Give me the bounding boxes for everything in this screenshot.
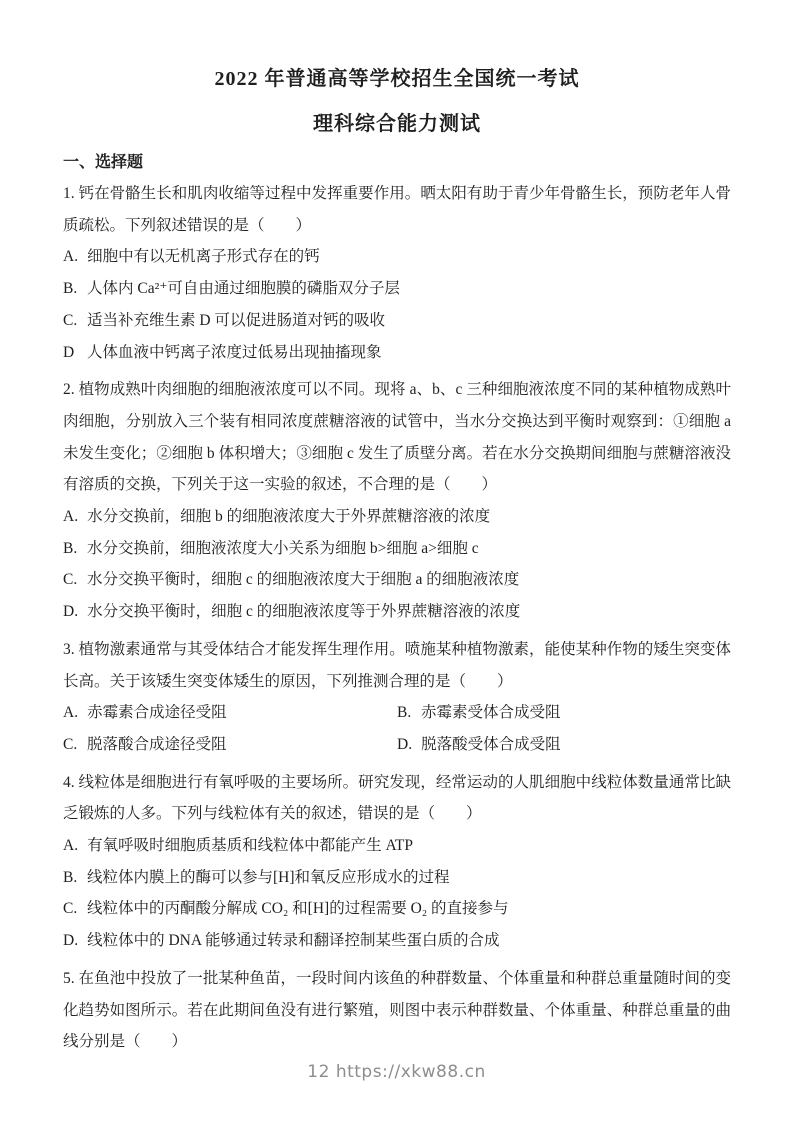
question-3-option-d: D.脱落酸受体合成受阻 — [397, 729, 731, 761]
option-text: 线粒体中的 DNA 能够通过转录和翻译控制某些蛋白质的合成 — [87, 932, 499, 949]
question-4: 4. 线粒体是细胞进行有氧呼吸的主要场所。研究发现，经常运动的人肌细胞中线粒体数… — [63, 767, 731, 957]
question-1-option-d: D人体血液中钙离子浓度过低易出现抽搐现象 — [63, 337, 731, 369]
option-label: A. — [63, 830, 78, 862]
option-text: 赤霉素合成途径受阻 — [87, 704, 227, 721]
question-2: 2. 植物成熟叶肉细胞的细胞液浓度可以不同。现将 a、b、c 三种细胞液浓度不同… — [63, 374, 731, 628]
option-text: 水分交换前，细胞液浓度大小关系为细胞 b>细胞 a>细胞 c — [87, 540, 479, 557]
question-3: 3. 植物激素通常与其受体结合才能发挥生理作用。喷施某种植物激素，能使某种作物的… — [63, 634, 731, 761]
option-text: 有氧呼吸时细胞质基质和线粒体中都能产生 ATP — [87, 837, 413, 854]
option-label: B. — [397, 697, 412, 729]
option-label: B. — [63, 533, 78, 565]
question-4-option-c: C.线粒体中的丙酮酸分解成 CO₂ 和[H]的过程需要 O₂ 的直接参与 — [63, 893, 731, 925]
question-2-option-a: A.水分交换前，细胞 b 的细胞液浓度大于外界蔗糖溶液的浓度 — [63, 501, 731, 533]
question-1-option-a: A.细胞中有以无机离子形式存在的钙 — [63, 241, 731, 273]
option-text: 人体血液中钙离子浓度过低易出现抽搐现象 — [87, 344, 382, 361]
question-4-option-b: B.线粒体内膜上的酶可以参与[H]和氧反应形成水的过程 — [63, 862, 731, 894]
question-3-options: A.赤霉素合成途径受阻 B.赤霉素受体合成受阻 C.脱落酸合成途径受阻 D.脱落… — [63, 697, 731, 760]
question-1-option-b: B.人体内 Ca²⁺可自由通过细胞膜的磷脂双分子层 — [63, 273, 731, 305]
option-label: C. — [63, 893, 78, 925]
option-text: 脱落酸合成途径受阻 — [87, 736, 227, 753]
option-text: 脱落酸受体合成受阻 — [421, 736, 561, 753]
question-3-option-c: C.脱落酸合成途径受阻 — [63, 729, 397, 761]
exam-document: 2022 年普通高等学校招生全国统一考试 理科综合能力测试 一、选择题 1. 钙… — [0, 0, 793, 1122]
page-content: 2022 年普通高等学校招生全国统一考试 理科综合能力测试 一、选择题 1. 钙… — [0, 0, 793, 1058]
question-4-option-d: D.线粒体中的 DNA 能够通过转录和翻译控制某些蛋白质的合成 — [63, 925, 731, 957]
question-1-option-c: C.适当补充维生素 D 可以促进肠道对钙的吸收 — [63, 305, 731, 337]
option-label: D. — [397, 729, 412, 761]
question-2-stem: 2. 植物成熟叶肉细胞的细胞液浓度可以不同。现将 a、b、c 三种细胞液浓度不同… — [63, 374, 731, 501]
option-label: B. — [63, 273, 78, 305]
question-5-stem: 5. 在鱼池中投放了一批某种鱼苗，一段时间内该鱼的种群数量、个体重量和种群总重量… — [63, 963, 731, 1058]
question-3-option-b: B.赤霉素受体合成受阻 — [397, 697, 731, 729]
option-label: B. — [63, 862, 78, 894]
question-3-stem: 3. 植物激素通常与其受体结合才能发挥生理作用。喷施某种植物激素，能使某种作物的… — [63, 634, 731, 697]
option-text: 细胞中有以无机离子形式存在的钙 — [87, 248, 320, 265]
question-4-stem: 4. 线粒体是细胞进行有氧呼吸的主要场所。研究发现，经常运动的人肌细胞中线粒体数… — [63, 767, 731, 830]
option-label: C. — [63, 564, 78, 596]
option-label: D. — [63, 596, 78, 628]
exam-subtitle: 理科综合能力测试 — [63, 111, 731, 137]
question-3-option-a: A.赤霉素合成途径受阻 — [63, 697, 397, 729]
page-number: 12 — [307, 1062, 330, 1082]
option-label: A. — [63, 241, 78, 273]
question-1: 1. 钙在骨骼生长和肌肉收缩等过程中发挥重要作用。晒太阳有助于青少年骨骼生长，预… — [63, 178, 731, 368]
option-label: C. — [63, 729, 78, 761]
footer-url: https://xkw88.cn — [336, 1062, 486, 1082]
question-2-option-b: B.水分交换前，细胞液浓度大小关系为细胞 b>细胞 a>细胞 c — [63, 533, 731, 565]
option-text: 适当补充维生素 D 可以促进肠道对钙的吸收 — [87, 312, 385, 329]
option-label: A. — [63, 501, 78, 533]
option-label: C. — [63, 305, 78, 337]
option-text: 线粒体内膜上的酶可以参与[H]和氧反应形成水的过程 — [87, 869, 450, 886]
option-text: 赤霉素受体合成受阻 — [421, 704, 561, 721]
option-text: 人体内 Ca²⁺可自由通过细胞膜的磷脂双分子层 — [87, 280, 400, 297]
section-heading: 一、选择题 — [63, 152, 731, 174]
page-footer: 12 https://xkw88.cn — [0, 1062, 793, 1082]
exam-title: 2022 年普通高等学校招生全国统一考试 — [63, 66, 731, 92]
question-2-option-d: D.水分交换平衡时，细胞 c 的细胞液浓度等于外界蔗糖溶液的浓度 — [63, 596, 731, 628]
question-2-option-c: C.水分交换平衡时，细胞 c 的细胞液浓度大于细胞 a 的细胞液浓度 — [63, 564, 731, 596]
option-label: A. — [63, 697, 78, 729]
question-4-option-a: A.有氧呼吸时细胞质基质和线粒体中都能产生 ATP — [63, 830, 731, 862]
option-label: D — [63, 337, 78, 369]
option-label: D. — [63, 925, 78, 957]
option-text: 线粒体中的丙酮酸分解成 CO₂ 和[H]的过程需要 O₂ 的直接参与 — [87, 900, 509, 917]
option-text: 水分交换平衡时，细胞 c 的细胞液浓度等于外界蔗糖溶液的浓度 — [87, 603, 520, 620]
option-text: 水分交换前，细胞 b 的细胞液浓度大于外界蔗糖溶液的浓度 — [87, 508, 490, 525]
option-text: 水分交换平衡时，细胞 c 的细胞液浓度大于细胞 a 的细胞液浓度 — [87, 571, 519, 588]
question-5: 5. 在鱼池中投放了一批某种鱼苗，一段时间内该鱼的种群数量、个体重量和种群总重量… — [63, 963, 731, 1058]
question-list: 1. 钙在骨骼生长和肌肉收缩等过程中发挥重要作用。晒太阳有助于青少年骨骼生长，预… — [63, 178, 731, 1058]
question-1-stem: 1. 钙在骨骼生长和肌肉收缩等过程中发挥重要作用。晒太阳有助于青少年骨骼生长，预… — [63, 178, 731, 241]
